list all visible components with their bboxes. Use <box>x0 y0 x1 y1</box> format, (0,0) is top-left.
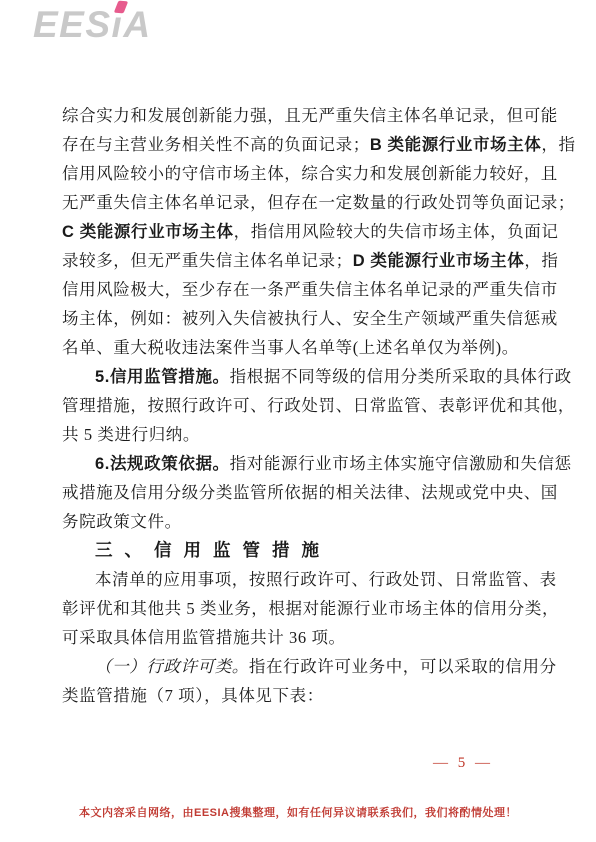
text-segment: 务院政策文件。 <box>62 512 182 531</box>
text-segment: 信用风险极大，至少存在一条严重失信主体名单记录的严重失信市 <box>62 280 558 299</box>
text-line: 综合实力和发展创新能力强，且无严重失信主体名单记录，但可能 <box>62 101 534 130</box>
text-segment: 戒措施及信用分级分类监管所依据的相关法律、法规或党中央、国 <box>62 483 558 502</box>
text-segment: 存在与主营业务相关性不高的负面记录； <box>62 135 370 154</box>
text-segment: 5.信用监管措施。 <box>95 368 230 386</box>
text-segment: C 类能源行业市场主体 <box>62 223 234 241</box>
text-line: 信用风险较小的守信市场主体，综合实力和发展创新能力较好，且 <box>62 159 534 188</box>
text-segment: 场主体，例如：被列入失信被执行人、安全生产领域严重失信惩戒 <box>62 309 558 328</box>
text-line: 本清单的应用事项，按照行政许可、行政处罚、日常监管、表 <box>62 565 534 594</box>
text-segment: 本清单的应用事项，按照行政许可、行政处罚、日常监管、表 <box>95 570 557 589</box>
document-body: 综合实力和发展创新能力强，且无严重失信主体名单记录，但可能存在与主营业务相关性不… <box>62 101 534 710</box>
text-segment: 三、信用监管措施 <box>95 540 331 560</box>
text-segment: 管理措施，按照行政许可、行政处罚、日常监管、表彰评优和其他， <box>62 396 575 415</box>
eesia-logo-text: EESıA <box>33 4 152 45</box>
text-line: 名单、重大税收违法案件当事人名单等(上述名单仅为举例)。 <box>62 333 534 362</box>
text-line: 三、信用监管措施 <box>62 536 534 565</box>
text-segment: ，指 <box>524 251 558 270</box>
footer-disclaimer: 本文内容采自网络，由EESIA搜集整理，如有任何异议请联系我们，我们将酌情处理！ <box>0 804 596 820</box>
text-line: 戒措施及信用分级分类监管所依据的相关法律、法规或党中央、国 <box>62 478 534 507</box>
text-segment: ，指信用风险较大的失信市场主体，负面记 <box>234 222 559 241</box>
text-segment: （一）行政许可类。 <box>95 657 249 676</box>
text-line: 场主体，例如：被列入失信被执行人、安全生产领域严重失信惩戒 <box>62 304 534 333</box>
text-segment: 类监管措施（7 项），具体见下表： <box>62 686 324 705</box>
text-segment: D 类能源行业市场主体 <box>353 252 525 270</box>
text-segment: 名单、重大税收违法案件当事人名单等(上述名单仅为举例)。 <box>62 338 519 357</box>
text-line: 管理措施，按照行政许可、行政处罚、日常监管、表彰评优和其他， <box>62 391 534 420</box>
text-segment: 指对能源行业市场主体实施守信激励和失信惩 <box>230 454 572 473</box>
document-page: EESıA 综合实力和发展创新能力强，且无严重失信主体名单记录，但可能存在与主营… <box>0 0 596 842</box>
eesia-logo: EESıA <box>33 5 152 49</box>
text-segment: ，指 <box>541 135 575 154</box>
text-segment: 录较多，但无严重失信主体名单记录； <box>62 251 353 270</box>
text-segment: 彰评优和其他共 5 类业务，根据对能源行业市场主体的信用分类， <box>62 599 559 618</box>
text-line: 存在与主营业务相关性不高的负面记录；B 类能源行业市场主体，指 <box>62 130 534 159</box>
text-line: 可采取具体信用监管措施共计 36 项。 <box>62 623 534 652</box>
text-line: 无严重失信主体名单记录，但存在一定数量的行政处罚等负面记录； <box>62 188 534 217</box>
text-segment: 可采取具体信用监管措施共计 36 项。 <box>62 628 346 647</box>
text-line: 6.法规政策依据。指对能源行业市场主体实施守信激励和失信惩 <box>62 449 534 478</box>
text-segment: B 类能源行业市场主体 <box>370 136 542 154</box>
text-segment: 信用风险较小的守信市场主体，综合实力和发展创新能力较好，且 <box>62 164 558 183</box>
text-segment: 综合实力和发展创新能力强，且无严重失信主体名单记录，但可能 <box>62 106 558 125</box>
text-line: （一）行政许可类。指在行政许可业务中，可以采取的信用分 <box>62 652 534 681</box>
page-number: — 5 — <box>433 755 493 772</box>
text-segment: 无严重失信主体名单记录，但存在一定数量的行政处罚等负面记录； <box>62 193 575 212</box>
text-line: 5.信用监管措施。指根据不同等级的信用分类所采取的具体行政 <box>62 362 534 391</box>
text-segment: 指根据不同等级的信用分类所采取的具体行政 <box>230 367 572 386</box>
text-segment: 共 5 类进行归纳。 <box>62 425 200 444</box>
text-line: 信用风险极大，至少存在一条严重失信主体名单记录的严重失信市 <box>62 275 534 304</box>
text-line: C 类能源行业市场主体，指信用风险较大的失信市场主体，负面记 <box>62 217 534 246</box>
text-segment: 6.法规政策依据。 <box>95 455 230 473</box>
text-line: 务院政策文件。 <box>62 507 534 536</box>
text-line: 共 5 类进行归纳。 <box>62 420 534 449</box>
text-line: 彰评优和其他共 5 类业务，根据对能源行业市场主体的信用分类， <box>62 594 534 623</box>
text-line: 录较多，但无严重失信主体名单记录；D 类能源行业市场主体，指 <box>62 246 534 275</box>
text-line: 类监管措施（7 项），具体见下表： <box>62 681 534 710</box>
text-segment: 指在行政许可业务中，可以采取的信用分 <box>249 657 557 676</box>
